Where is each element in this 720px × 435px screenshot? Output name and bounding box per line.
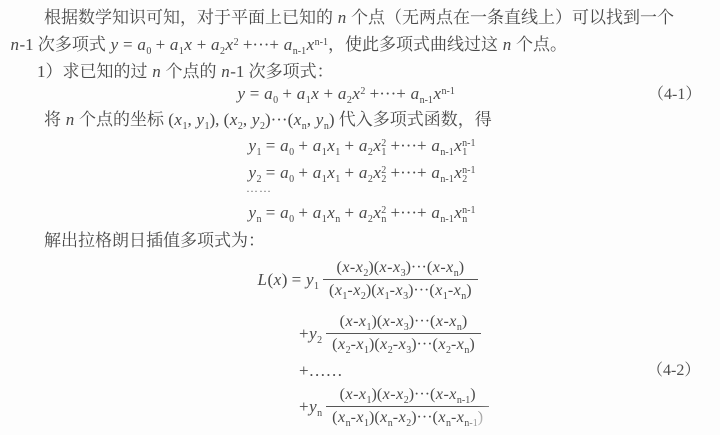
equation-y1: y1 = a0 + a1x1 + a2x12 +···+ an-1x1n-1 [248, 136, 475, 156]
substitute-sentence: 将 n 个点的坐标 (x1, y1), (x2, y2)···(xn, yn) … [44, 110, 492, 130]
fraction-denominator: (x2-x1)(x2-x3)···(x2-xn) [326, 333, 481, 356]
lagrange-row-1: L(x) = y1 (x-x2)(x-x3)···(x-xn) (x1-x2)(… [257, 257, 478, 302]
lagrange-row-4-fraction: (x-x1)(x-x2)···(x-xn-1) (xn-x1)(xn-x2)··… [326, 384, 489, 429]
ellipsis-between-equations: …… [246, 181, 272, 195]
lagrange-row-4-lead: +yn [299, 397, 322, 417]
lagrange-row-3-ellipsis: +…… [299, 361, 343, 381]
equation-4-1-label: （4-1） [648, 85, 701, 104]
step-1-heading: 1）求已知的过 n 个点的 n-1 次多项式： [37, 62, 334, 82]
equation-yn: yn = a0 + a1xn + a2xn2 +···+ an-1xnn-1 [248, 203, 475, 223]
equation-y2: y2 = a0 + a1x1 + a2x22 +···+ an-1x2n-1 [248, 163, 475, 183]
lagrange-row-2-fraction: (x-x1)(x-x3)···(x-xn) (x2-x1)(x2-x3)···(… [326, 311, 481, 356]
lagrange-row-1-lead: L(x) = y1 [257, 270, 319, 290]
textbook-page: 根据数学知识可知，对于平面上已知的 n 个点（无两点在一条直线上）可以找到一个 … [0, 0, 720, 435]
equation-4-1: y = a0 + a1x + a2x2 +···+ an-1xn-1 [237, 84, 455, 104]
lagrange-row-4: +yn (x-x1)(x-x2)···(x-xn-1) (xn-x1)(xn-x… [299, 384, 489, 429]
lagrange-row-2: +y2 (x-x1)(x-x3)···(x-xn) (x2-x1)(x2-x3)… [299, 311, 481, 356]
lagrange-row-1-fraction: (x-x2)(x-x3)···(x-xn) (x1-x2)(x1-x3)···(… [323, 257, 478, 302]
lagrange-row-2-lead: +y2 [299, 324, 322, 344]
fraction-numerator: (x-x2)(x-x3)···(x-xn) [323, 257, 478, 279]
equation-4-2-label: （4-2） [647, 361, 700, 380]
fraction-numerator: (x-x1)(x-x3)···(x-xn) [326, 311, 481, 333]
paragraph-1-line-1: 根据数学知识可知，对于平面上已知的 n 个点（无两点在一条直线上）可以找到一个 [44, 8, 674, 28]
fraction-denominator: (xn-x1)(xn-x2)···(xn-xn-1) [326, 406, 489, 429]
paragraph-1-line-2: n-1 次多项式 y = a0 + a1x + a2x2 +···+ an-1x… [10, 35, 567, 55]
fraction-denominator: (x1-x2)(x1-x3)···(x1-xn) [323, 279, 478, 302]
solve-sentence: 解出拉格朗日插值多项式为： [44, 231, 265, 251]
fraction-numerator: (x-x1)(x-x2)···(x-xn-1) [326, 384, 489, 406]
